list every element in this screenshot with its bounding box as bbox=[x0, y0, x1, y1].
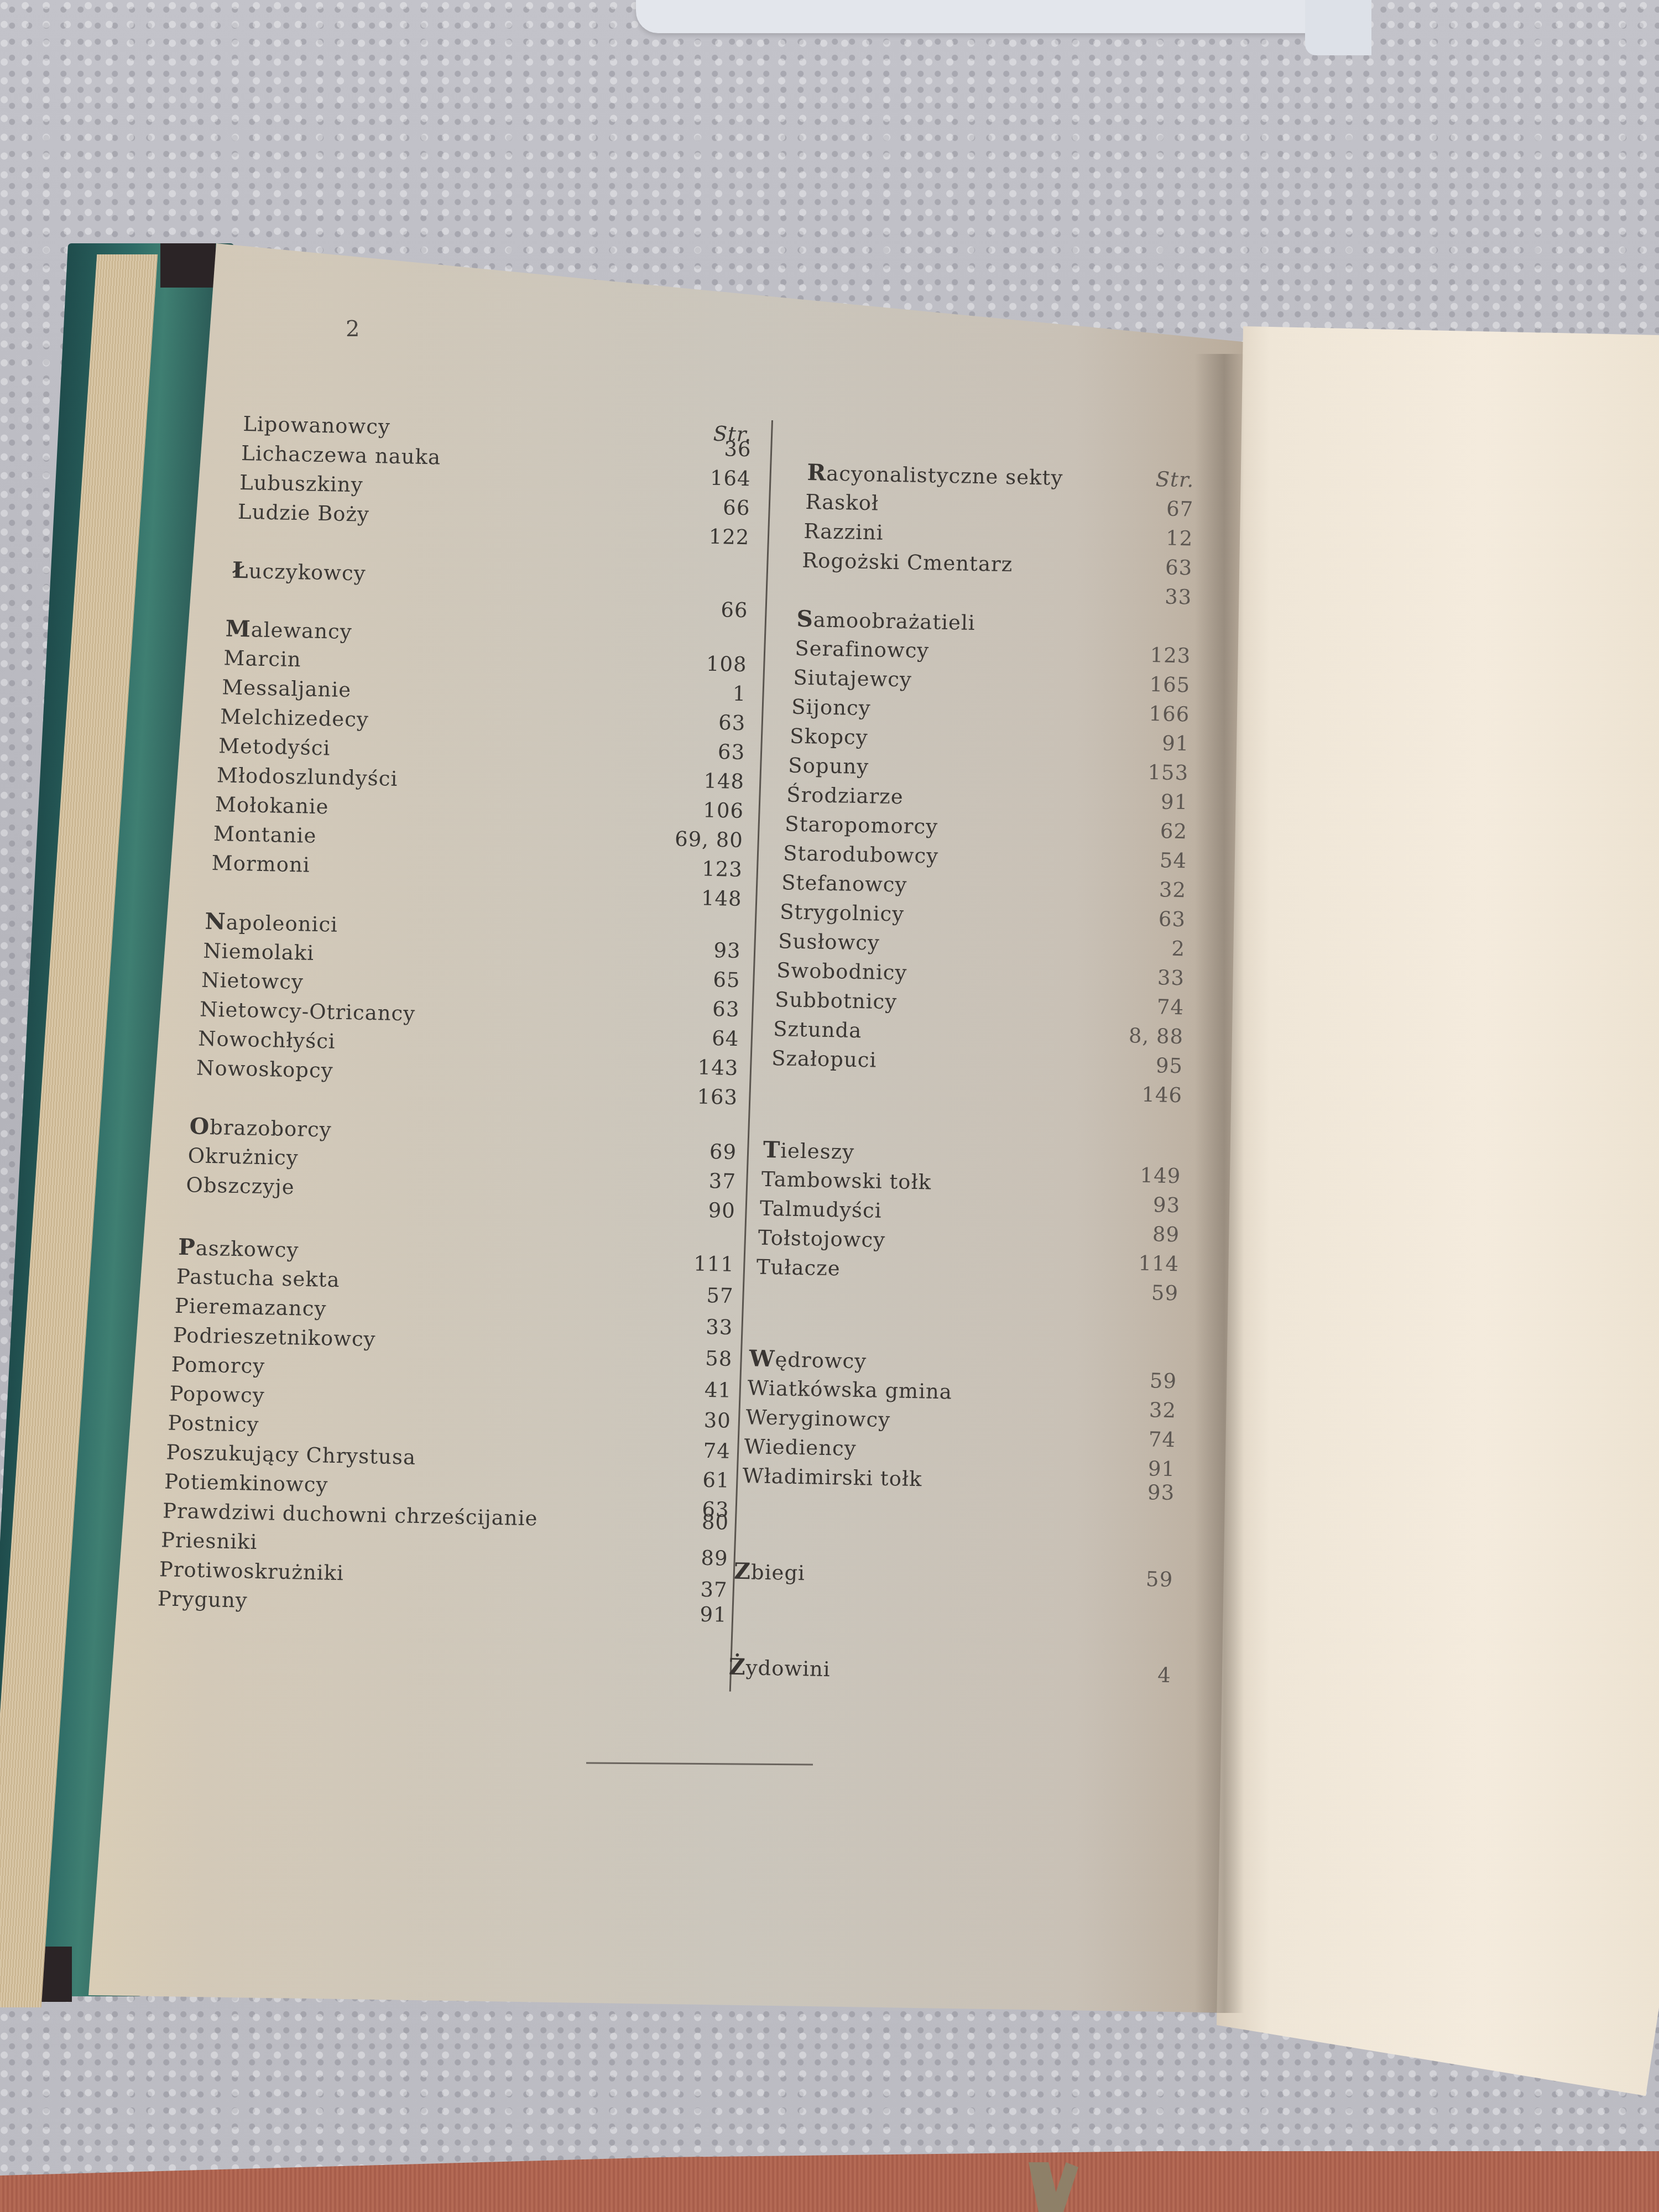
entry-name: Subbotnicy bbox=[775, 985, 898, 1016]
entry-page: 80 bbox=[701, 1507, 729, 1537]
entry-page: 59 bbox=[1146, 1564, 1173, 1594]
entry-page: 95 bbox=[1155, 1051, 1183, 1081]
entry-name: Pieremazancy bbox=[174, 1291, 326, 1324]
entry-page: 143 bbox=[697, 1052, 739, 1083]
entry-page: 93 bbox=[1153, 1190, 1181, 1220]
entry-name: Władimirski tołk bbox=[742, 1461, 922, 1494]
entry-name: Popowcy bbox=[169, 1379, 265, 1411]
entry-page: 91 bbox=[700, 1600, 727, 1630]
entry-name: Szałopuci bbox=[771, 1044, 877, 1075]
end-rule bbox=[586, 1762, 813, 1766]
entry-name: Żydowini bbox=[728, 1652, 831, 1684]
entry-name: Tułacze bbox=[756, 1253, 841, 1284]
entry-name: Lipowanowcy bbox=[243, 409, 391, 442]
entry-name: Wędrowcy bbox=[749, 1344, 867, 1376]
entry-name: Priesniki bbox=[161, 1525, 258, 1557]
entry-name: Tieleszy bbox=[763, 1135, 854, 1167]
entry-name: Sopuny bbox=[788, 750, 869, 781]
entry-name: Wiediency bbox=[744, 1432, 857, 1463]
entry-page: 69, 80 bbox=[675, 825, 744, 855]
entry-name: Poszukujący Chrystusa bbox=[166, 1437, 416, 1472]
entry-page: 153 bbox=[1147, 758, 1189, 787]
entry-page: 63 bbox=[718, 737, 745, 767]
entry-page: 93 bbox=[1147, 1478, 1175, 1507]
entry-name: Łuczykowcy bbox=[232, 556, 366, 588]
entry-page: 32 bbox=[1159, 875, 1187, 905]
entry-page: 65 bbox=[713, 965, 740, 995]
entry-name: Ludzie Boży bbox=[238, 497, 370, 529]
entry-page: 123 bbox=[1150, 640, 1191, 670]
entry-page: 114 bbox=[1138, 1249, 1180, 1279]
entry-name: Montanie bbox=[213, 819, 317, 851]
entry-page: 12 bbox=[1166, 523, 1193, 553]
entry-name: Postnicy bbox=[168, 1408, 259, 1439]
entry-page: 148 bbox=[703, 766, 745, 797]
entry-page: 93 bbox=[713, 936, 741, 966]
entry-name: Malewancy bbox=[225, 614, 352, 646]
entry-page: 163 bbox=[697, 1082, 738, 1112]
entry-name: Nietowcy bbox=[201, 966, 304, 997]
entry-page: 164 bbox=[709, 463, 751, 494]
entry-name: Paszkowcy bbox=[178, 1233, 299, 1265]
entry-page: 74 bbox=[1156, 992, 1184, 1022]
entry-name: Serafinowcy bbox=[795, 634, 930, 666]
entry-name: Wiatkówska gmina bbox=[747, 1373, 952, 1406]
entry-name: Podrieszetnikowcy bbox=[173, 1321, 376, 1354]
entry-page: 90 bbox=[708, 1196, 735, 1225]
entry-page: 146 bbox=[1141, 1080, 1183, 1110]
entry-name: Niemolaki bbox=[203, 936, 315, 968]
entry-name: Obrazoborcy bbox=[189, 1112, 332, 1144]
entry-name: Marcin bbox=[223, 643, 301, 674]
str-label: Str. bbox=[1155, 465, 1194, 494]
entry-page: 63 bbox=[718, 708, 746, 738]
entry-name: Nowoskopcy bbox=[196, 1053, 333, 1085]
entry-page: 123 bbox=[702, 854, 743, 885]
entry-page: 36 bbox=[724, 434, 752, 464]
entry-page: 149 bbox=[1140, 1161, 1181, 1191]
entry-page: 165 bbox=[1149, 670, 1191, 700]
entry-page: 63 bbox=[1159, 904, 1186, 934]
entry-page: 33 bbox=[1165, 582, 1192, 612]
entry-name: Susłowcy bbox=[778, 926, 880, 958]
entry-name: Zbiegi bbox=[734, 1557, 806, 1588]
entry-name: Lichaczewa nauka bbox=[241, 439, 441, 472]
entry-name: Pastucha sekta bbox=[176, 1262, 341, 1295]
entry-name: Napoleonici bbox=[205, 907, 338, 940]
entry-page: 1 bbox=[732, 679, 747, 709]
page-number: 2 bbox=[346, 316, 359, 342]
entry-name: Pryguny bbox=[157, 1584, 248, 1615]
entry-name: Sijoncy bbox=[791, 692, 871, 723]
entry-page: 64 bbox=[712, 1024, 739, 1053]
entry-page: 54 bbox=[1160, 846, 1187, 875]
entry-name: Melchizedecy bbox=[220, 702, 369, 734]
left-index-column: Lipowanowcy Str. Lichaczewa nauka 36 Lub… bbox=[218, 409, 752, 1625]
entry-page: 4 bbox=[1157, 1661, 1172, 1690]
entry-name: Lubuszkiny bbox=[239, 468, 363, 500]
entry-page: 148 bbox=[701, 884, 742, 914]
entry-name: Mormoni bbox=[211, 848, 310, 880]
entry-page: 8, 88 bbox=[1128, 1021, 1183, 1051]
entry-name: Okrużnicy bbox=[187, 1141, 299, 1172]
entry-name: Tambowski tołk bbox=[761, 1165, 931, 1197]
entry-page: 122 bbox=[708, 522, 750, 552]
right-index-column: Racyonalistyczne sekty Str. Raskoł 67 Ra… bbox=[784, 458, 1194, 1690]
entry-page: 33 bbox=[1157, 963, 1185, 993]
entry-page: 108 bbox=[706, 649, 747, 680]
entry-name: Nietowcy-Otricancy bbox=[200, 995, 416, 1029]
entry-name: Potiemkinowcy bbox=[164, 1467, 328, 1499]
entry-name: Talmudyści bbox=[759, 1194, 882, 1225]
entry-page: 106 bbox=[703, 796, 744, 826]
entry-name: Mołokanie bbox=[215, 790, 329, 821]
entry-name: Samoobrażatieli bbox=[796, 604, 975, 638]
entry-name: Raskoł bbox=[805, 487, 879, 518]
entry-name: Stefanowcy bbox=[781, 868, 907, 899]
entry-name: Protiwoskrużniki bbox=[159, 1554, 344, 1588]
entry-page: 91 bbox=[1162, 728, 1190, 758]
entry-name: Nowochłyści bbox=[198, 1024, 336, 1056]
entry-name: Messaljanie bbox=[222, 672, 352, 705]
entry-name: Sztunda bbox=[773, 1014, 862, 1045]
entry-page: 166 bbox=[1149, 699, 1190, 729]
entry-page: 63 bbox=[1165, 552, 1193, 582]
entry-name: Staropomorcy bbox=[785, 809, 938, 841]
entry-page: 91 bbox=[1161, 787, 1188, 817]
entry-page: 67 bbox=[1166, 494, 1194, 524]
entry-page: 2 bbox=[1171, 934, 1186, 963]
entry-name: Starodubowcy bbox=[783, 838, 939, 870]
entry-name: Rogożski Cmentarz bbox=[802, 546, 1013, 579]
entry-name: Swobodnicy bbox=[776, 956, 907, 988]
entry-page: 66 bbox=[723, 493, 750, 523]
entry-name: Strygolnicy bbox=[780, 897, 905, 928]
entry-name: Skopcy bbox=[790, 721, 868, 752]
entry-name: Tołstojowcy bbox=[758, 1223, 885, 1255]
entry-name: Pomorcy bbox=[171, 1350, 265, 1381]
entry-name: Siutajewcy bbox=[793, 663, 912, 695]
entry-name: Metodyści bbox=[218, 731, 331, 763]
entry-name: Młodoszlundyści bbox=[217, 760, 398, 794]
entry-page: 59 bbox=[1151, 1278, 1179, 1308]
entry-name: Środziarze bbox=[786, 780, 904, 811]
entry-page: 63 bbox=[712, 994, 740, 1024]
index-text: 2 Lipowanowcy Str. Lichaczewa nauka 36 L… bbox=[0, 0, 1659, 2212]
entry-name: Razzini bbox=[804, 517, 884, 547]
entry-page: 89 bbox=[1152, 1219, 1180, 1249]
entry-page: 62 bbox=[1160, 816, 1188, 846]
entry-page: 66 bbox=[721, 595, 748, 625]
entry-name: Obszczyje bbox=[186, 1170, 295, 1202]
entry-name: Weryginowcy bbox=[745, 1402, 890, 1434]
